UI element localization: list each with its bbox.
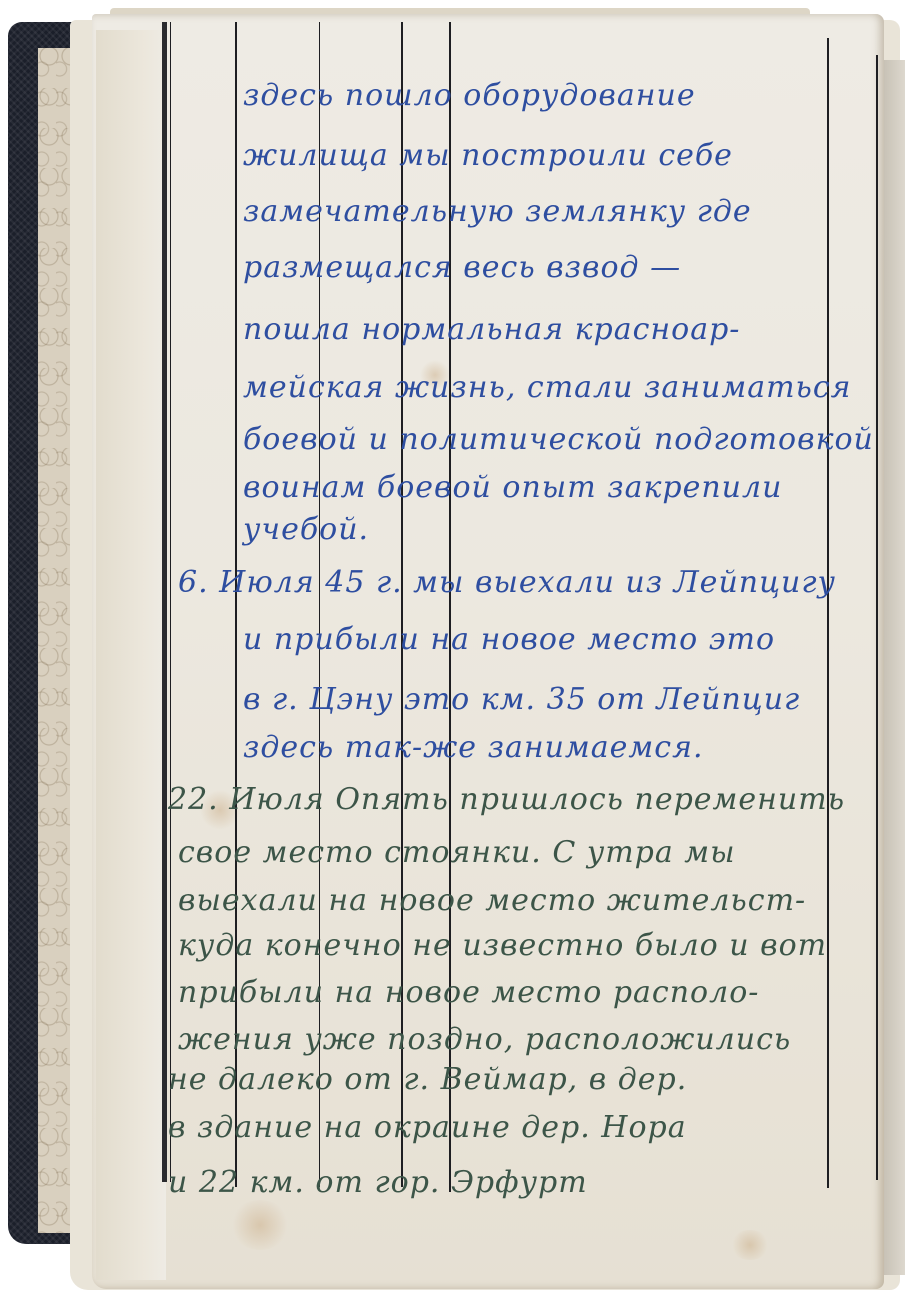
handwritten-line: мейская жизнь, стали заниматься bbox=[243, 370, 852, 405]
handwritten-line: куда конечно не известно было и вот bbox=[178, 928, 827, 963]
handwritten-line: боевой и политической подготовкой bbox=[243, 422, 874, 457]
ruled-column-line bbox=[162, 22, 167, 1182]
handwritten-line: пошла нормальная красноар- bbox=[243, 312, 740, 347]
handwritten-line: в г. Цэну это км. 35 от Лейпциг bbox=[243, 682, 800, 717]
handwritten-line: жения уже поздно, расположились bbox=[178, 1022, 791, 1057]
paper-stain bbox=[730, 1230, 770, 1260]
handwritten-line: выехали на новое место жительст- bbox=[178, 883, 806, 918]
handwritten-line: и 22 км. от гор. Эрфурт bbox=[168, 1165, 588, 1200]
handwritten-line: не далеко от г. Веймар, в дер. bbox=[168, 1062, 687, 1097]
handwritten-line: жилища мы построили себе bbox=[243, 138, 733, 173]
handwritten-line: замечательную землянку где bbox=[243, 194, 752, 229]
paper-stain bbox=[230, 1200, 290, 1250]
handwritten-line: здесь так-же занимаемся. bbox=[243, 730, 704, 765]
handwritten-line: воинам боевой опыт закрепили bbox=[243, 470, 782, 505]
handwritten-line: здесь пошло оборудование bbox=[243, 78, 696, 113]
handwritten-line: и прибыли на новое место это bbox=[243, 622, 775, 657]
handwritten-line: прибыли на новое место располо- bbox=[178, 975, 759, 1010]
handwritten-line: учебой. bbox=[243, 512, 369, 547]
handwritten-line: в здание на окраине дер. Нора bbox=[168, 1110, 687, 1145]
handwritten-line: 6. Июля 45 г. мы выехали из Лейпцигу bbox=[178, 565, 836, 600]
ruled-column-line bbox=[235, 22, 237, 1187]
ruled-column-line bbox=[170, 22, 171, 1182]
handwritten-line: свое место стоянки. С утра мы bbox=[178, 835, 736, 870]
handwritten-line: размещался весь взвод — bbox=[243, 250, 681, 285]
ruled-column-line bbox=[827, 38, 829, 1188]
handwritten-line: 22. Июля Опять пришлось переменить bbox=[168, 782, 845, 817]
page-left-margin bbox=[96, 30, 166, 1280]
page-right-edge bbox=[884, 60, 905, 1275]
ruled-column-line bbox=[876, 55, 878, 1180]
